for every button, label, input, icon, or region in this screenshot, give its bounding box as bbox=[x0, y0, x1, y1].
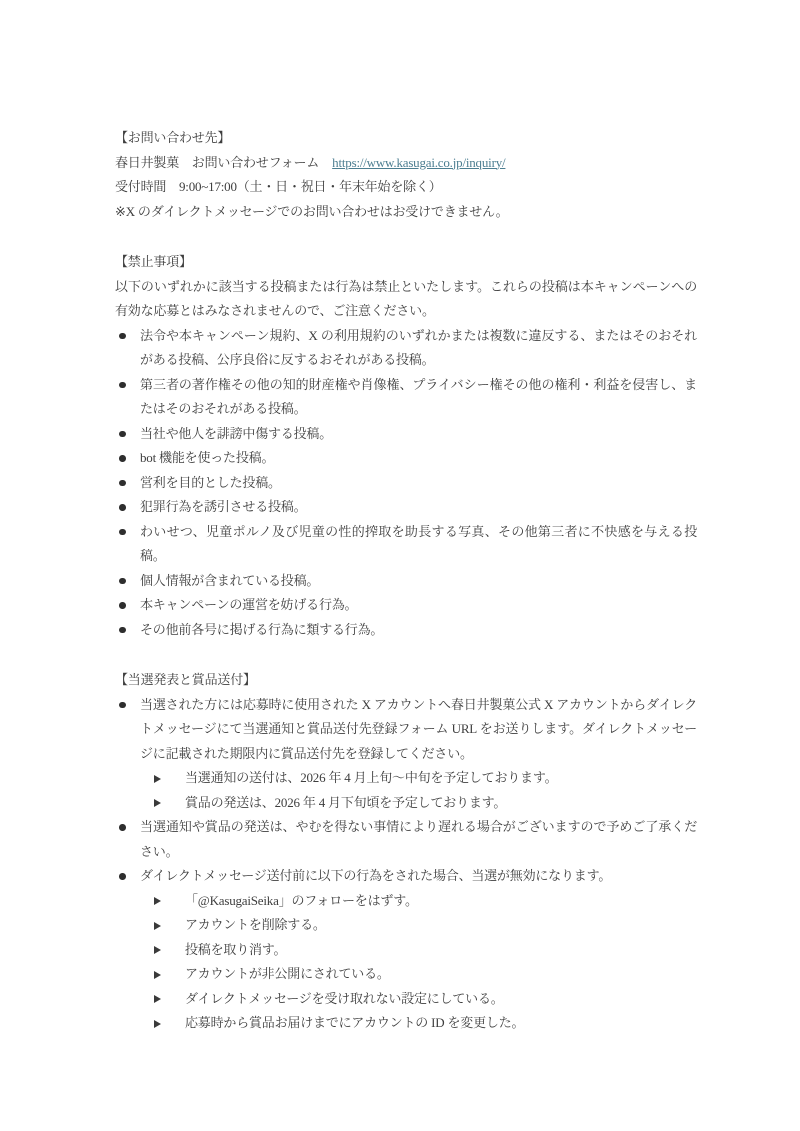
sub-list-item-text: 賞品の発送は、2026 年 4 月下旬頃を予定しております。 bbox=[185, 791, 697, 816]
list-item-text: 当選された方には応募時に使用された X アカウントへ春日井製菓公式 X アカウン… bbox=[140, 693, 697, 767]
list-item: bot 機能を使った投稿。 bbox=[115, 446, 697, 471]
sub-list-item: アカウントを削除する。 bbox=[152, 913, 697, 938]
inquiry-form-line: 春日井製菓 お問い合わせフォームhttps://www.kasugai.co.j… bbox=[115, 151, 697, 176]
sub-list-item: 応募時から賞品お届けまでにアカウントの ID を変更した。 bbox=[152, 1011, 697, 1036]
sub-list-item-text: アカウントが非公開にされている。 bbox=[185, 962, 697, 987]
list-item-text: 当社や他人を誹謗中傷する投稿。 bbox=[140, 422, 697, 447]
arrow-icon bbox=[152, 791, 185, 816]
sub-list-item: 賞品の発送は、2026 年 4 月下旬頃を予定しております。 bbox=[152, 791, 697, 816]
list-item-text: わいせつ、児童ポルノ及び児童の性的搾取を助長する写真、その他第三者に不快感を与え… bbox=[140, 520, 697, 569]
arrow-icon bbox=[152, 938, 185, 963]
list-item-text: 当選通知や賞品の発送は、やむを得ない事情により遅れる場合がございますので予めご了… bbox=[140, 815, 697, 864]
bullet-icon bbox=[115, 373, 140, 422]
sub-list-item-text: 応募時から賞品お届けまでにアカウントの ID を変更した。 bbox=[185, 1011, 697, 1036]
sub-list-item: ダイレクトメッセージを受け取れない設定にしている。 bbox=[152, 987, 697, 1012]
reception-hours: 受付時間 9:00~17:00（土・日・祝日・年末年始を除く） bbox=[115, 175, 697, 200]
list-item-text: 個人情報が含まれている投稿。 bbox=[140, 569, 697, 594]
list-item-text: 法令や本キャンペーン規約、X の利用規約のいずれかまたは複数に違反する、またはそ… bbox=[140, 324, 697, 373]
bullet-icon bbox=[115, 569, 140, 594]
prohibited-intro: 以下のいずれかに該当する投稿または行為は禁止といたします。これらの投稿は本キャン… bbox=[115, 275, 697, 324]
list-item-text: 第三者の著作権その他の知的財産権や肖像権、プライバシー権その他の権利・利益を侵害… bbox=[140, 373, 697, 422]
inquiry-form-link[interactable]: https://www.kasugai.co.jp/inquiry/ bbox=[332, 155, 505, 170]
arrow-icon bbox=[152, 987, 185, 1012]
sub-list-item: 「@KasugaiSeika」のフォローをはずす。 bbox=[152, 889, 697, 914]
bullet-icon bbox=[115, 693, 140, 767]
sub-list-item: アカウントが非公開にされている。 bbox=[152, 962, 697, 987]
list-item: 犯罪行為を誘引させる投稿。 bbox=[115, 495, 697, 520]
list-item: 本キャンペーンの運営を妨げる行為。 bbox=[115, 593, 697, 618]
arrow-icon bbox=[152, 766, 185, 791]
list-item: 当選された方には応募時に使用された X アカウントへ春日井製菓公式 X アカウン… bbox=[115, 693, 697, 767]
prohibited-list: 法令や本キャンペーン規約、X の利用規約のいずれかまたは複数に違反する、またはそ… bbox=[115, 324, 697, 643]
sub-list-item: 投稿を取り消す。 bbox=[152, 938, 697, 963]
winners-section: 【当選発表と賞品送付】 当選された方には応募時に使用された X アカウントへ春日… bbox=[115, 668, 697, 1036]
prohibited-section: 【禁止事項】 以下のいずれかに該当する投稿または行為は禁止といたします。これらの… bbox=[115, 250, 697, 642]
sub-list-item-text: 「@KasugaiSeika」のフォローをはずす。 bbox=[185, 889, 697, 914]
list-item: 第三者の著作権その他の知的財産権や肖像権、プライバシー権その他の権利・利益を侵害… bbox=[115, 373, 697, 422]
bullet-icon bbox=[115, 446, 140, 471]
sub-list-item-text: アカウントを削除する。 bbox=[185, 913, 697, 938]
bullet-icon bbox=[115, 520, 140, 569]
bullet-icon bbox=[115, 815, 140, 864]
arrow-icon bbox=[152, 913, 185, 938]
winners-list: 当選された方には応募時に使用された X アカウントへ春日井製菓公式 X アカウン… bbox=[115, 693, 697, 1036]
list-item: わいせつ、児童ポルノ及び児童の性的搾取を助長する写真、その他第三者に不快感を与え… bbox=[115, 520, 697, 569]
document-content: 【お問い合わせ先】 春日井製菓 お問い合わせフォームhttps://www.ka… bbox=[115, 126, 697, 1036]
list-item-text: 本キャンペーンの運営を妨げる行為。 bbox=[140, 593, 697, 618]
list-item: ダイレクトメッセージ送付前に以下の行為をされた場合、当選が無効になります。 bbox=[115, 864, 697, 889]
bullet-icon bbox=[115, 495, 140, 520]
bullet-icon bbox=[115, 618, 140, 643]
contact-section-heading: 【お問い合わせ先】 bbox=[115, 126, 697, 151]
bullet-icon bbox=[115, 864, 140, 889]
list-item: 営利を目的とした投稿。 bbox=[115, 471, 697, 496]
dm-contact-note: ※X のダイレクトメッセージでのお問い合わせはお受けできません。 bbox=[115, 200, 697, 225]
bullet-icon bbox=[115, 324, 140, 373]
list-item: 個人情報が含まれている投稿。 bbox=[115, 569, 697, 594]
document-page: 【お問い合わせ先】 春日井製菓 お問い合わせフォームhttps://www.ka… bbox=[0, 0, 800, 1131]
list-item: 法令や本キャンペーン規約、X の利用規約のいずれかまたは複数に違反する、またはそ… bbox=[115, 324, 697, 373]
arrow-icon bbox=[152, 962, 185, 987]
bullet-icon bbox=[115, 422, 140, 447]
prohibited-section-heading: 【禁止事項】 bbox=[115, 250, 697, 275]
arrow-icon bbox=[152, 889, 185, 914]
list-item-text: 営利を目的とした投稿。 bbox=[140, 471, 697, 496]
sub-list-item-text: 当選通知の送付は、2026 年 4 月上旬～中旬を予定しております。 bbox=[185, 766, 697, 791]
contact-section: 【お問い合わせ先】 春日井製菓 お問い合わせフォームhttps://www.ka… bbox=[115, 126, 697, 224]
inquiry-form-label: 春日井製菓 お問い合わせフォーム bbox=[115, 155, 319, 170]
list-item: 当選通知や賞品の発送は、やむを得ない事情により遅れる場合がございますので予めご了… bbox=[115, 815, 697, 864]
list-item-text: bot 機能を使った投稿。 bbox=[140, 446, 697, 471]
sub-list-item: 当選通知の送付は、2026 年 4 月上旬～中旬を予定しております。 bbox=[152, 766, 697, 791]
list-item-text: その他前各号に掲げる行為に類する行為。 bbox=[140, 618, 697, 643]
arrow-icon bbox=[152, 1011, 185, 1036]
sub-list-item-text: 投稿を取り消す。 bbox=[185, 938, 697, 963]
list-item-text: ダイレクトメッセージ送付前に以下の行為をされた場合、当選が無効になります。 bbox=[140, 864, 697, 889]
list-item: 当社や他人を誹謗中傷する投稿。 bbox=[115, 422, 697, 447]
bullet-icon bbox=[115, 593, 140, 618]
sub-list-item-text: ダイレクトメッセージを受け取れない設定にしている。 bbox=[185, 987, 697, 1012]
list-item: その他前各号に掲げる行為に類する行為。 bbox=[115, 618, 697, 643]
winners-section-heading: 【当選発表と賞品送付】 bbox=[115, 668, 697, 693]
bullet-icon bbox=[115, 471, 140, 496]
list-item-text: 犯罪行為を誘引させる投稿。 bbox=[140, 495, 697, 520]
